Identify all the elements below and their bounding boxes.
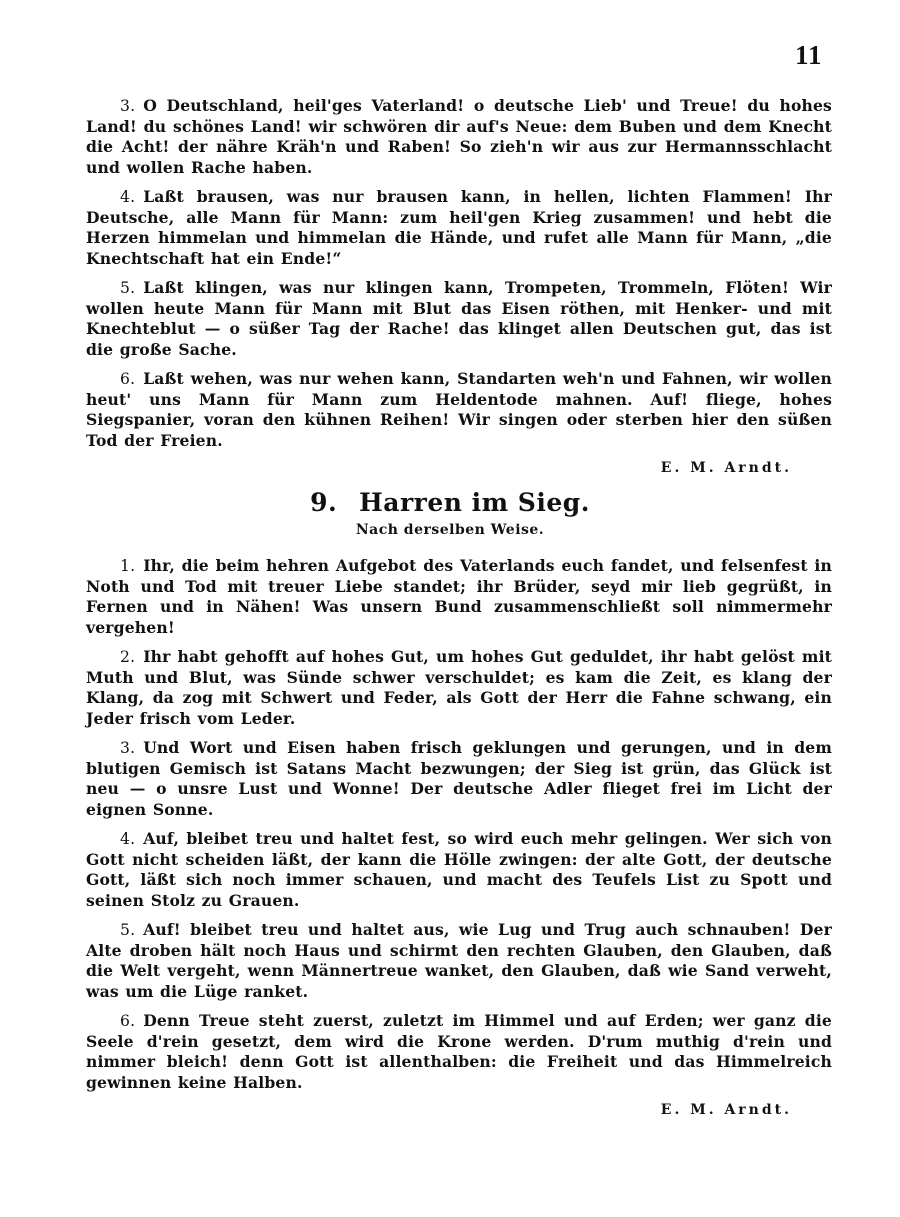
song-9: 1.Ihr, die beim hehren Aufgebot des Vate… xyxy=(86,556,832,1118)
song-number: 9. xyxy=(310,488,337,517)
stanza-5: 5.Laßt klingen, was nur klingen kann, Tr… xyxy=(86,278,832,360)
stanza-number: 4. xyxy=(120,830,135,848)
stanza-number: 3. xyxy=(120,97,135,115)
page-number: 11 xyxy=(795,40,823,71)
stanza-text: Auf, bleibet treu und haltet fest, so wi… xyxy=(86,829,832,910)
stanza-number: 4. xyxy=(120,188,135,206)
stanza-number: 3. xyxy=(120,739,135,757)
stanza-4: 4.Auf, bleibet treu und haltet fest, so … xyxy=(86,829,832,911)
stanza-4: 4.Laßt brausen, was nur brausen kann, in… xyxy=(86,187,832,269)
song-subtitle: Nach derselben Weise. xyxy=(0,522,900,538)
stanza-text: Laßt brausen, was nur brausen kann, in h… xyxy=(86,187,832,268)
stanza-number: 2. xyxy=(120,648,135,666)
previous-song: 3.O Deutschland, heil'ges Vaterland! o d… xyxy=(86,96,832,476)
stanza-number: 5. xyxy=(120,279,135,297)
author-attribution: E. M. Arndt. xyxy=(86,460,832,476)
stanza-text: O Deutschland, heil'ges Vaterland! o deu… xyxy=(86,96,832,177)
author-attribution: E. M. Arndt. xyxy=(86,1102,832,1118)
stanza-1: 1.Ihr, die beim hehren Aufgebot des Vate… xyxy=(86,556,832,638)
stanza-number: 1. xyxy=(120,557,135,575)
stanza-3: 3.Und Wort und Eisen haben frisch geklun… xyxy=(86,738,832,820)
stanza-6: 6.Laßt wehen, was nur wehen kann, Standa… xyxy=(86,369,832,451)
stanza-5: 5.Auf! bleibet treu und haltet aus, wie … xyxy=(86,920,832,1002)
stanza-text: Auf! bleibet treu und haltet aus, wie Lu… xyxy=(86,920,832,1001)
song-title-text: Harren im Sieg. xyxy=(359,488,590,517)
stanza-6: 6.Denn Treue steht zuerst, zuletzt im Hi… xyxy=(86,1011,832,1093)
stanza-number: 6. xyxy=(120,370,135,388)
song-title: 9.Harren im Sieg. xyxy=(0,488,900,517)
stanza-text: Ihr, die beim hehren Aufgebot des Vaterl… xyxy=(86,556,832,637)
stanza-3: 3.O Deutschland, heil'ges Vaterland! o d… xyxy=(86,96,832,178)
stanza-text: Denn Treue steht zuerst, zuletzt im Himm… xyxy=(86,1011,832,1092)
stanza-text: Ihr habt gehofft auf hohes Gut, um hohes… xyxy=(86,647,832,728)
stanza-text: Laßt wehen, was nur wehen kann, Standart… xyxy=(86,369,832,450)
stanza-number: 6. xyxy=(120,1012,135,1030)
stanza-number: 5. xyxy=(120,921,135,939)
stanza-text: Und Wort und Eisen haben frisch geklunge… xyxy=(86,738,832,819)
stanza-text: Laßt klingen, was nur klingen kann, Trom… xyxy=(86,278,832,359)
stanza-2: 2.Ihr habt gehofft auf hohes Gut, um hoh… xyxy=(86,647,832,729)
